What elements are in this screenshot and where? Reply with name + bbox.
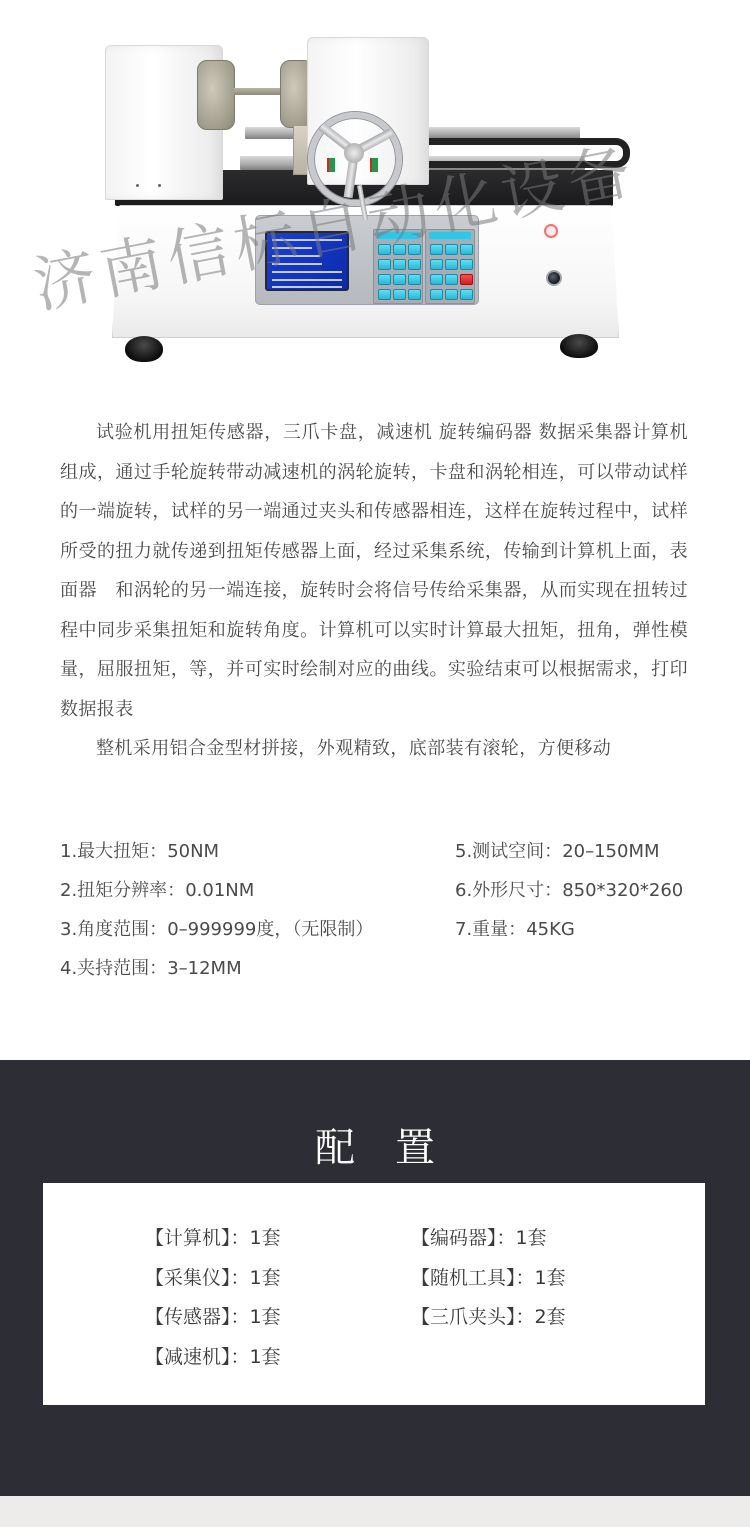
emergency-knob-icon: [546, 270, 562, 286]
spec-label: 5.测试空间：: [455, 841, 562, 862]
spec-value: 50NM: [167, 841, 219, 862]
section-title: 配置: [0, 1116, 750, 1173]
separator: ：: [231, 1227, 250, 1249]
spec-item-angle-range: 3.角度范围：0–999999度，（无限制）: [60, 914, 373, 953]
separator: ：: [231, 1306, 250, 1328]
spec-item-test-space: 5.测试空间：20–150MM: [455, 836, 683, 875]
config-item-qty: 1套: [250, 1227, 281, 1249]
product-description: 试验机用扭矩传感器，三爪卡盘，减速机 旋转编码器 数据采集器计算机组成，通过手轮…: [60, 413, 688, 769]
config-item-qty: 1套: [250, 1346, 281, 1368]
spec-value: 850*320*260: [562, 880, 683, 901]
config-item-encoder: 【编码器】：1套: [411, 1222, 566, 1262]
keypad-left: [373, 229, 423, 304]
separator: ：: [231, 1267, 250, 1289]
spec-label: 2.扭矩分辨率：: [60, 880, 185, 901]
spec-value: 0.01NM: [185, 880, 254, 901]
spec-label: 6.外形尺寸：: [455, 880, 562, 901]
caster-right: [560, 334, 598, 358]
config-item-tools: 【随机工具】：1套: [411, 1262, 566, 1302]
separator: ：: [516, 1306, 535, 1328]
spec-label: 3.角度范围：: [60, 919, 167, 940]
description-paragraph: 试验机用扭矩传感器，三爪卡盘，减速机 旋转编码器 数据采集器计算机组成，通过手轮…: [60, 413, 688, 729]
config-item-name: 【三爪夹头】: [411, 1306, 516, 1328]
config-item-name: 【传感器】: [145, 1306, 231, 1328]
separator: ：: [516, 1267, 535, 1289]
caster-left: [125, 336, 163, 362]
config-item-reducer: 【减速机】：1套: [145, 1341, 281, 1381]
config-item-qty: 2套: [535, 1306, 566, 1328]
spec-item-max-torque: 1.最大扭矩：50NM: [60, 836, 373, 875]
left-chuck: [197, 60, 235, 130]
spec-item-torque-resolution: 2.扭矩分辨率：0.01NM: [60, 875, 373, 914]
separator: ：: [497, 1227, 516, 1249]
keypad-right: [425, 229, 475, 304]
config-column-left: 【计算机】：1套 【采集仪】：1套 【传感器】：1套 【减速机】：1套: [145, 1222, 281, 1380]
spec-column-left: 1.最大扭矩：50NM 2.扭矩分辨率：0.01NM 3.角度范围：0–9999…: [60, 836, 373, 992]
config-item-qty: 1套: [250, 1306, 281, 1328]
description-paragraph: 整机采用铝合金型材拼接，外观精致，底部装有滚轮，方便移动: [60, 729, 688, 769]
config-item-qty: 1套: [516, 1227, 547, 1249]
configuration-section: 配置 【计算机】：1套 【采集仪】：1套 【传感器】：1套 【减速机】：1套 【…: [0, 1060, 750, 1496]
config-column-right: 【编码器】：1套 【随机工具】：1套 【三爪夹头】：2套: [411, 1222, 566, 1341]
config-item-name: 【计算机】: [145, 1227, 231, 1249]
spec-label: 4.夹持范围：: [60, 958, 167, 979]
config-item-name: 【减速机】: [145, 1346, 231, 1368]
spec-value: 45KG: [526, 919, 575, 940]
spec-column-right: 5.测试空间：20–150MM 6.外形尺寸：850*320*260 7.重量：…: [455, 836, 683, 953]
cable-carrier: [425, 138, 630, 168]
config-item-sensor: 【传感器】：1套: [145, 1301, 281, 1341]
product-photo: 济南信标自动化设备: [0, 0, 750, 380]
footer-band: [0, 1496, 750, 1527]
lcd-display: [265, 231, 349, 291]
spec-label: 1.最大扭矩：: [60, 841, 167, 862]
spec-value: 0–999999度，（无限制）: [167, 919, 373, 940]
config-item-qty: 1套: [250, 1267, 281, 1289]
handwheel-hub: [344, 143, 364, 163]
power-indicator-icon: [544, 224, 558, 238]
screw: [136, 184, 139, 187]
config-item-computer: 【计算机】：1套: [145, 1222, 281, 1262]
spec-item-dimensions: 6.外形尺寸：850*320*260: [455, 875, 683, 914]
spec-item-clamping-range: 4.夹持范围：3–12MM: [60, 953, 373, 992]
configuration-card: 【计算机】：1套 【采集仪】：1套 【传感器】：1套 【减速机】：1套 【编码器…: [43, 1183, 705, 1405]
config-item-name: 【采集仪】: [145, 1267, 231, 1289]
config-item-name: 【随机工具】: [411, 1267, 516, 1289]
separator: ：: [231, 1346, 250, 1368]
config-item-three-jaw-chuck: 【三爪夹头】：2套: [411, 1301, 566, 1341]
config-item-name: 【编码器】: [411, 1227, 497, 1249]
spec-item-weight: 7.重量：45KG: [455, 914, 683, 953]
control-panel: [255, 215, 479, 305]
config-item-qty: 1套: [535, 1267, 566, 1289]
config-item-acquisition-unit: 【采集仪】：1套: [145, 1262, 281, 1302]
specimen-shaft: [234, 88, 284, 95]
screw: [158, 184, 161, 187]
spec-value: 20–150MM: [562, 841, 659, 862]
spec-value: 3–12MM: [167, 958, 241, 979]
spec-label: 7.重量：: [455, 919, 526, 940]
